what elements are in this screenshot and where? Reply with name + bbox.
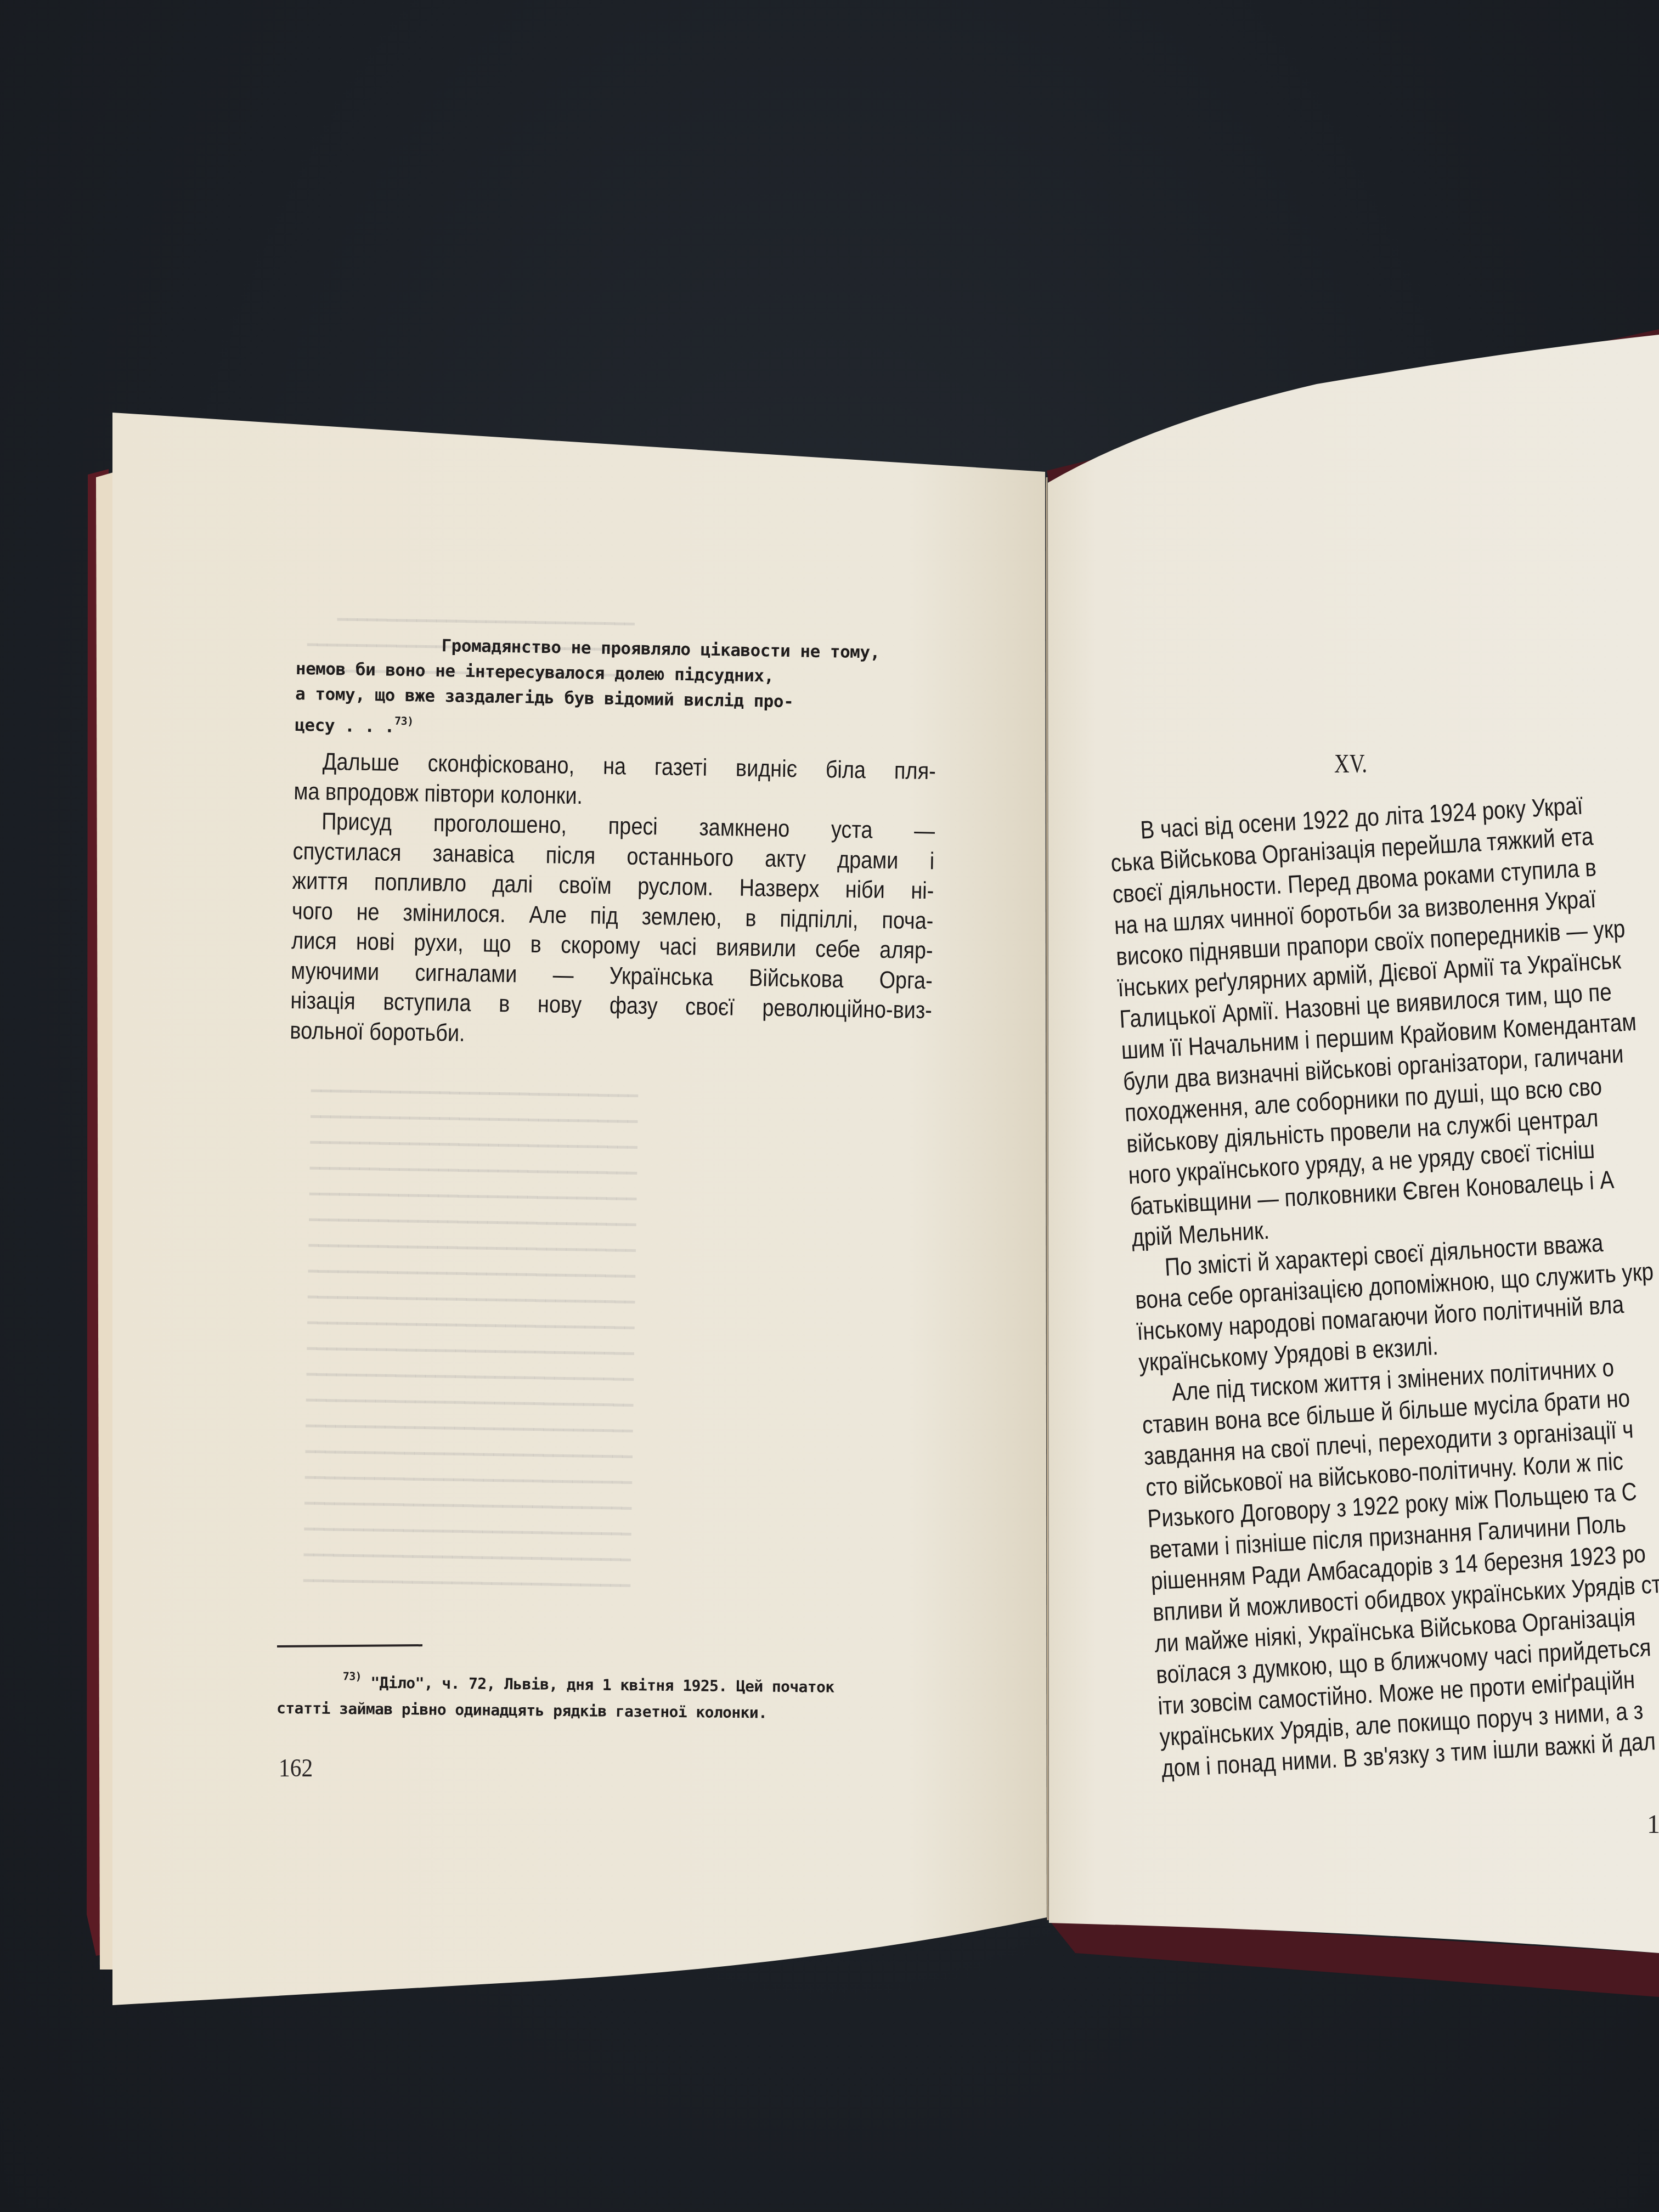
block-quote: Громадянство не проявляло цікавости не т… xyxy=(295,631,938,748)
page-number-left: 162 xyxy=(279,1753,313,1782)
footnote-ref[interactable]: 73) xyxy=(394,714,414,728)
right-page-content: В часі від осени 1922 до літа 1924 року … xyxy=(1108,786,1659,1785)
paragraph: Але під тиском життя і змінених політичн… xyxy=(1139,1347,1659,1784)
left-page-content: Громадянство не проявляло цікавости не т… xyxy=(290,631,938,1056)
footnote: 73) "Діло", ч. 72, Львів, дня 1 квітня 1… xyxy=(276,1662,941,1728)
chapter-heading: XV. xyxy=(1334,749,1367,779)
page-number-right: 1 xyxy=(1647,1809,1659,1839)
footnote-marker: 73) xyxy=(343,1669,362,1683)
paragraph: Присуд проголошено, пресі замкнено уста … xyxy=(290,806,935,1056)
paragraph: Дальше сконфісковано, на газеті видніє б… xyxy=(294,747,936,816)
paragraph: В часі від осени 1922 до літа 1924 року … xyxy=(1108,786,1659,1254)
